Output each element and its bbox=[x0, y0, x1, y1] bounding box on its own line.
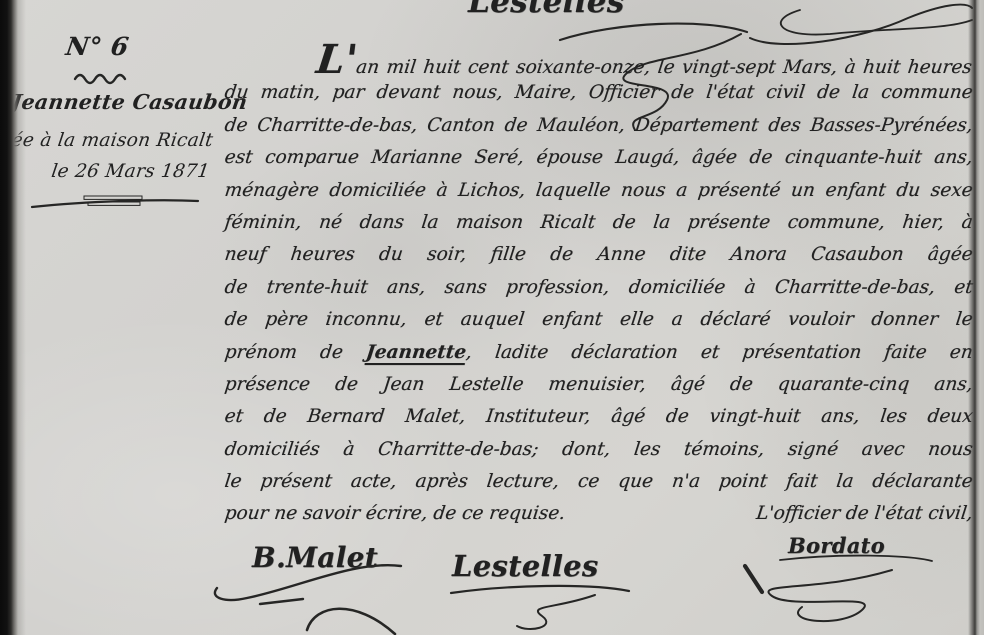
signature-lestelle-paraph-icon bbox=[447, 585, 637, 635]
margin-underline-flourish-icon bbox=[28, 194, 204, 212]
signature-bordato-flourish-icon bbox=[660, 552, 940, 634]
line-10-post: , ladite déclaration et présentation fai… bbox=[465, 342, 974, 363]
manuscript-line-2: du matin, par devant nous, Maire, Offici… bbox=[222, 82, 974, 114]
signature-previous-act: Lestelles bbox=[468, 0, 624, 20]
manuscript-line-10: prénom de Jeannette, ladite déclaration … bbox=[222, 342, 974, 374]
manuscript-line-12: et de Bernard Malet, Instituteur, âgé de… bbox=[222, 406, 974, 438]
signature-lestelle: Lestelles bbox=[452, 549, 599, 583]
manuscript-line-5: ménagère domiciliée à Lichos, laquelle n… bbox=[222, 180, 974, 212]
act-body: L'an mil huit cent soixante-onze, le vin… bbox=[222, 50, 970, 536]
margin-birth-note-line2: le 26 Mars 1871 bbox=[50, 161, 211, 182]
page-right-edge bbox=[968, 0, 984, 635]
book-binding-edge bbox=[0, 0, 26, 635]
manuscript-line-14: le présent acte, après lecture, ce que n… bbox=[222, 471, 974, 503]
margin-birth-note-line1: née à la maison Ricalt bbox=[0, 130, 225, 151]
manuscript-line-13: domiciliés à Charritte-de-bas; dont, les… bbox=[222, 439, 974, 471]
officer-title: L'officier de l'état civil, bbox=[754, 503, 974, 535]
manuscript-line-7: neuf heures du soir, fille de Anne dite … bbox=[222, 244, 974, 276]
next-act-fragment-icon bbox=[255, 596, 405, 635]
child-forename-underlined: Jeannette bbox=[365, 342, 468, 363]
margin-child-name: Jeannette Casaubon bbox=[10, 90, 225, 114]
register-page-scan: N° 6 Jeannette Casaubon née à la maison … bbox=[0, 0, 984, 635]
manuscript-line-11: présence de Jean Lestelle menuisier, âgé… bbox=[222, 374, 974, 406]
closing-clause: pour ne savoir écrire, de ce requise. bbox=[222, 503, 566, 535]
manuscript-line-4: est comparue Marianne Seré, épouse Laugá… bbox=[222, 147, 974, 179]
manuscript-line-1: L'an mil huit cent soixante-onze, le vin… bbox=[222, 50, 974, 82]
act-number: N° 6 bbox=[64, 32, 131, 61]
corner-flourish-icon bbox=[738, 0, 976, 56]
manuscript-line-15: pour ne savoir écrire, de ce requise.L'o… bbox=[222, 503, 974, 535]
line-10-pre: prénom de bbox=[223, 342, 367, 363]
squiggle-flourish-icon bbox=[72, 70, 134, 84]
manuscript-line-3: de Charritte-de-bas, Canton de Mauléon, … bbox=[222, 115, 974, 147]
manuscript-line-6: féminin, né dans la maison Ricalt de la … bbox=[222, 212, 974, 244]
manuscript-line-9: de père inconnu, et auquel enfant elle a… bbox=[222, 309, 974, 341]
manuscript-line-8: de trente-huit ans, sans profession, dom… bbox=[222, 277, 974, 309]
